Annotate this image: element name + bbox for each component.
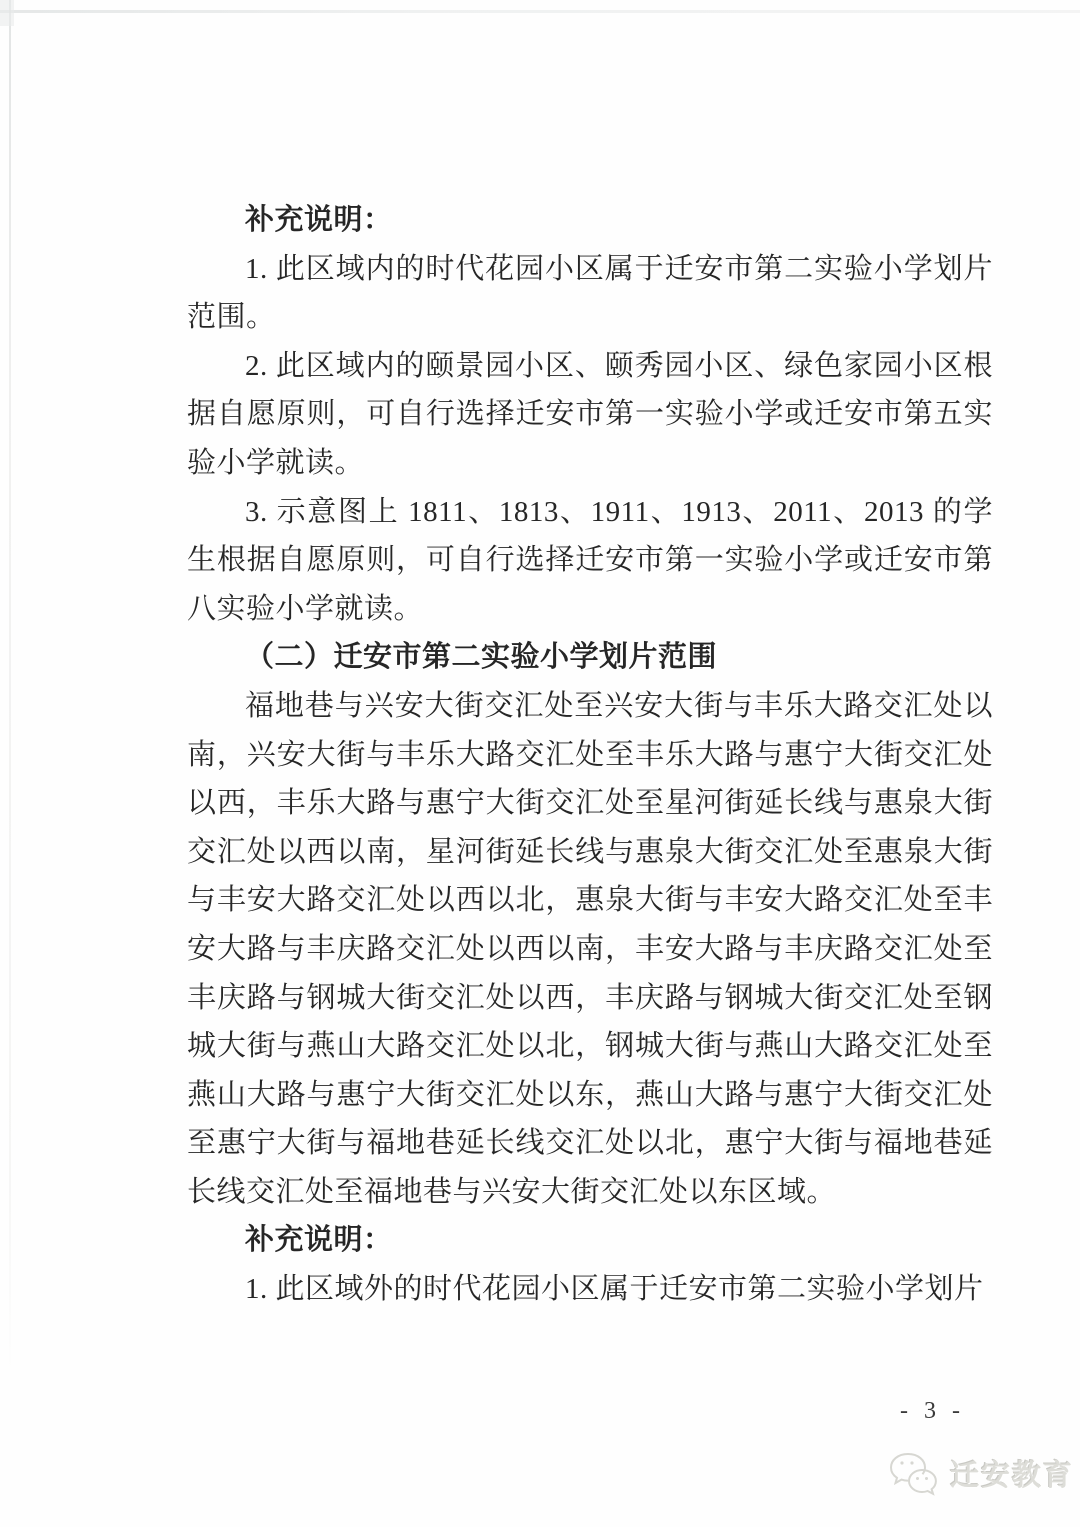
paragraph-note-2: 2. 此区域内的颐景园小区、颐秀园小区、绿色家园小区根据自愿原则，可自行选择迁安… [187, 342, 993, 488]
section-heading-supplement: 补充说明： [187, 196, 993, 245]
scan-edge-left [9, 0, 11, 1380]
scan-edge-top [0, 10, 1080, 13]
section-heading-supplement-2: 补充说明： [187, 1216, 993, 1265]
document-body: 补充说明： 1. 此区域内的时代花园小区属于迁安市第二实验小学划片范围。 2. … [187, 196, 993, 1314]
paragraph-note-1: 1. 此区域内的时代花园小区属于迁安市第二实验小学划片范围。 [187, 245, 993, 342]
scan-corner [0, 0, 14, 26]
paragraph-note-3: 3. 示意图上 1811、1813、1911、1913、2011、2013 的学… [187, 488, 993, 634]
paragraph-note-1-district-two: 1. 此区域外的时代花园小区属于迁安市第二实验小学划片 [187, 1265, 993, 1314]
section-heading-district-two: （二）迁安市第二实验小学划片范围 [187, 633, 993, 682]
paragraph-district-boundary: 福地巷与兴安大街交汇处至兴安大街与丰乐大路交汇处以南，兴安大街与丰乐大路交汇处至… [187, 682, 993, 1217]
watermark-label: 迁安教育 [950, 1453, 1074, 1494]
watermark: 迁安教育 [886, 1448, 1074, 1498]
page-number: - 3 - [900, 1398, 965, 1425]
document-page: 补充说明： 1. 此区域内的时代花园小区属于迁安市第二实验小学划片范围。 2. … [0, 0, 1080, 1527]
wechat-icon [886, 1448, 944, 1498]
